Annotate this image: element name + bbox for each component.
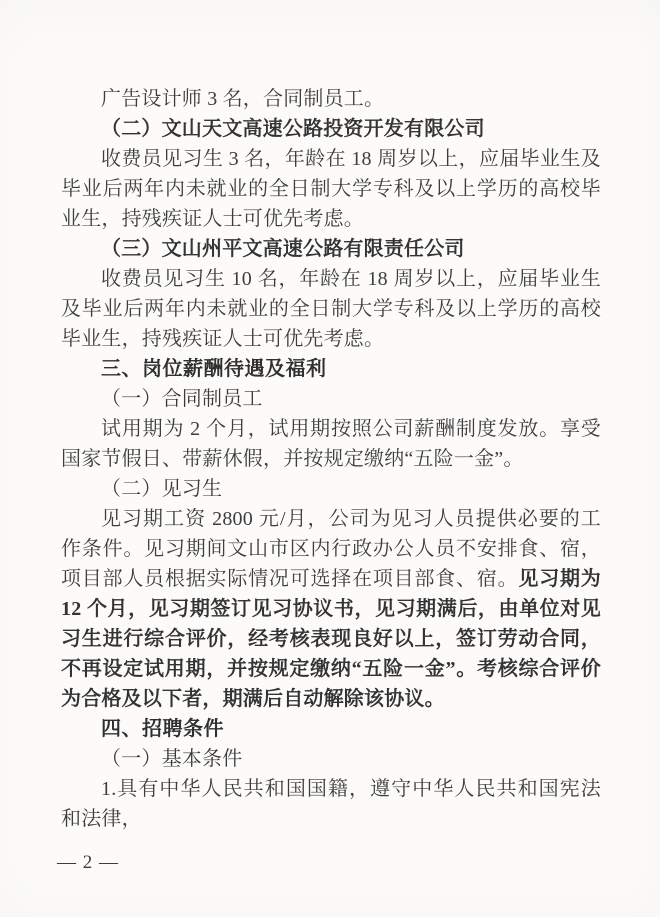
section-heading-company-2: （二）文山天文高速公路投资开发有限公司 bbox=[61, 114, 601, 144]
page-number: — 2 — bbox=[57, 852, 119, 874]
paragraph-tollcollector-3: 收费员见习生 3 名，年龄在 18 周岁以上，应届毕业生及毕业后两年内未就业的全… bbox=[61, 144, 601, 234]
subsection-heading-trainee: （二）见习生 bbox=[61, 474, 601, 504]
paragraph-trainee-terms: 见习期工资 2800 元/月，公司为见习人员提供必要的工作条件。见习期间文山市区… bbox=[61, 504, 601, 714]
document-page: 广告设计师 3 名，合同制员工。 （二）文山天文高速公路投资开发有限公司 收费员… bbox=[0, 0, 660, 917]
chapter-heading-salary-benefits: 三、岗位薪酬待遇及福利 bbox=[61, 354, 601, 384]
subsection-heading-contract-staff: （一）合同制员工 bbox=[61, 384, 601, 414]
paragraph-probation-terms: 试用期为 2 个月，试用期按照公司薪酬制度发放。享受国家节假日、带薪休假，并按规… bbox=[61, 414, 601, 474]
paragraph-tollcollector-10: 收费员见习生 10 名，年龄在 18 周岁以上，应届毕业生及毕业后两年内未就业的… bbox=[61, 264, 601, 354]
paragraph-basic-condition-1: 1.具有中华人民共和国国籍，遵守中华人民共和国宪法和法律， bbox=[61, 774, 601, 834]
chapter-heading-recruit-conditions: 四、招聘条件 bbox=[61, 714, 601, 744]
paragraph-designer-position: 广告设计师 3 名，合同制员工。 bbox=[61, 84, 601, 114]
section-heading-company-3: （三）文山州平文高速公路有限责任公司 bbox=[61, 234, 601, 264]
subsection-heading-basic-conditions: （一）基本条件 bbox=[61, 744, 601, 774]
document-body: 广告设计师 3 名，合同制员工。 （二）文山天文高速公路投资开发有限公司 收费员… bbox=[61, 84, 601, 834]
